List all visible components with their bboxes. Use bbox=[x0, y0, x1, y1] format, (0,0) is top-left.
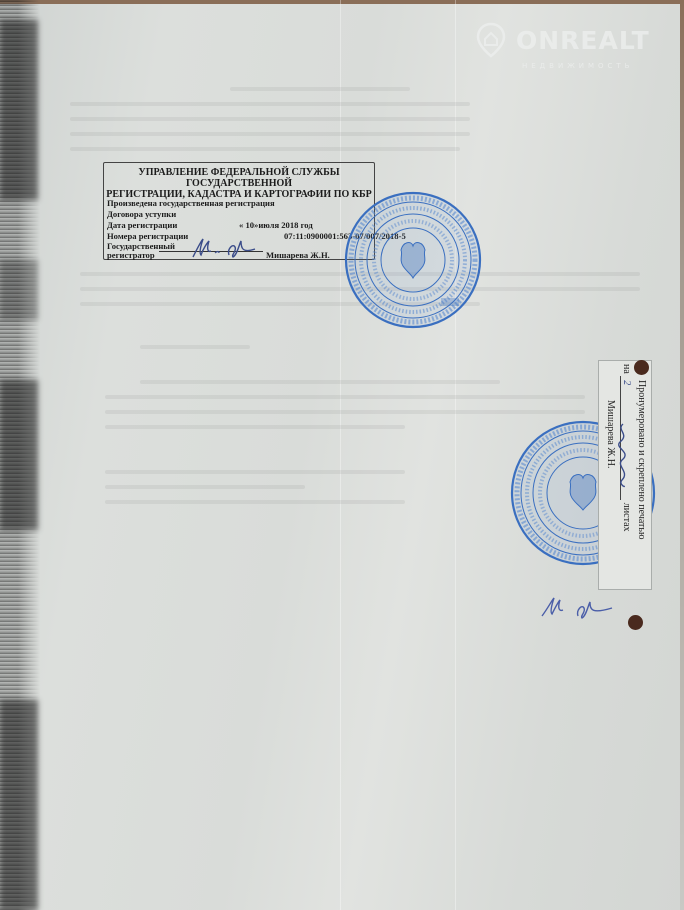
punch-hole bbox=[628, 615, 643, 630]
page-top-edge bbox=[0, 0, 684, 4]
registration-date-label: Дата регистрации bbox=[107, 220, 177, 230]
registrar-label-line2: регистратор bbox=[107, 250, 155, 260]
registration-performed-label: Произведена государственная регистрация bbox=[107, 198, 275, 208]
registration-number-label: Номера регистрации bbox=[107, 231, 188, 241]
binding-strip-suffix: листах bbox=[621, 503, 632, 532]
house-pin-icon bbox=[476, 22, 506, 58]
scan-artifact-band bbox=[0, 260, 38, 320]
official-round-seal bbox=[343, 190, 483, 330]
watermark-subtitle: НЕДВИЖИМОСТЬ bbox=[522, 62, 634, 70]
watermark-brand: ONREALT bbox=[516, 26, 650, 55]
binding-strip-prefix: на bbox=[621, 364, 632, 374]
page-right-edge bbox=[680, 0, 684, 910]
scan-artifact-band bbox=[0, 700, 38, 910]
page-signature-icon bbox=[538, 592, 618, 622]
binding-strip-text-overlay: Пронумеровано и скреплено печатью на 2 л… bbox=[598, 360, 650, 588]
scan-artifact-band bbox=[0, 20, 38, 200]
title-line-1: УПРАВЛЕНИЕ ФЕДЕРАЛЬНОЙ СЛУЖБЫ ГОСУДАРСТВ… bbox=[104, 167, 374, 189]
document-type: Договора уступки bbox=[107, 209, 176, 219]
registrar-signature-icon bbox=[189, 235, 259, 261]
document-page: ONREALT НЕДВИЖИМОСТЬ УПРАВЛЕНИЕ ФЕДЕРАЛЬ… bbox=[0, 0, 684, 910]
paper-fold bbox=[455, 0, 456, 910]
paper-fold bbox=[340, 0, 341, 910]
registration-authority-title: УПРАВЛЕНИЕ ФЕДЕРАЛЬНОЙ СЛУЖБЫ ГОСУДАРСТВ… bbox=[104, 167, 374, 200]
onrealt-watermark: ONREALT НЕДВИЖИМОСТЬ bbox=[470, 22, 670, 72]
punch-hole bbox=[634, 360, 649, 375]
registration-stamp-box: УПРАВЛЕНИЕ ФЕДЕРАЛЬНОЙ СЛУЖБЫ ГОСУДАРСТВ… bbox=[103, 162, 375, 260]
registrar-name: Мишарева Ж.Н. bbox=[266, 250, 330, 260]
binding-signature-icon bbox=[608, 420, 638, 490]
scan-artifact-band bbox=[0, 380, 38, 530]
registration-date-value: « 10»июля 2018 год bbox=[239, 220, 313, 230]
